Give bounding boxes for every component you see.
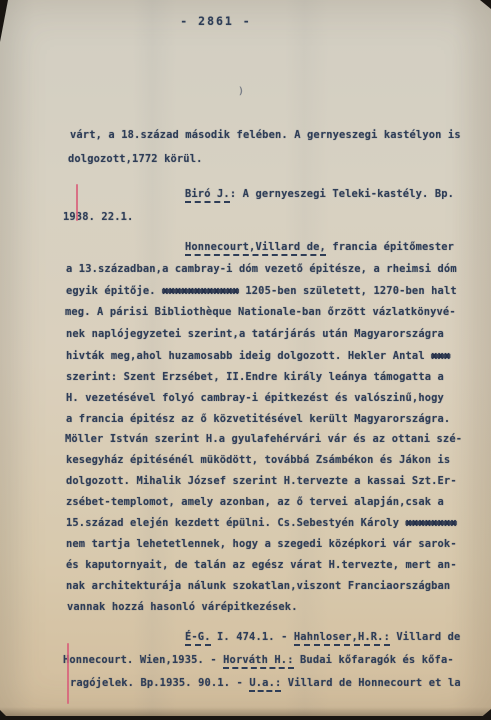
text-line: 15.század elején kezdett épülni. Cs.Sebe…: [66, 516, 457, 530]
text-line: zsébet-templomot, amely azonban, az ő te…: [66, 495, 444, 509]
text-line: kesegyház épitésénél müködött, továbbá Z…: [66, 453, 450, 467]
text-line: vannak hozzá hasonló várépitkezések.: [67, 600, 298, 614]
text-segment: 1938. 22.1.: [63, 211, 133, 223]
text-line: Möller István szerint H.a gyulafehérvári…: [65, 432, 462, 446]
text-segment: meg. A párisi Bibliothèque Nationale-ban…: [65, 306, 456, 318]
underlined-text: Biró J.: [185, 188, 230, 203]
text-line: Honnecourt,Villard de, francia épitőmest…: [185, 240, 454, 254]
text-line: egyik épitője. xxxxxxxxxxxx 1205-ben szü…: [66, 284, 457, 298]
text-line: Honnecourt. Wien,1935. - Horváth H.: Bud…: [63, 653, 454, 667]
text-line: a francia épitész az ő közvetitésével ke…: [66, 412, 450, 426]
text-segment: dolgozott. Mihalik József szerint H.terv…: [66, 475, 457, 487]
text-segment: Honnecourt. Wien,1935. -: [63, 654, 223, 666]
text-segment: : A gernyeszegi Teleki-kastély. Bp.: [230, 188, 454, 200]
underlined-text: É-G.: [185, 631, 211, 646]
text-line: és kaputornyait, de talán az egész várat…: [66, 558, 457, 572]
red-margin-mark-top: [76, 184, 78, 221]
text-line: nek naplójegyzetei szerint,a tatárjárás …: [66, 327, 444, 341]
text-segment: várt, a 18.század második felében. A ger…: [70, 129, 461, 141]
text-line: meg. A párisi Bibliothèque Nationale-ban…: [65, 305, 456, 319]
text-segment: dolgozott,1772 körül.: [68, 153, 203, 165]
photo-edge-shadow: [0, 707, 491, 716]
text-segment: Budai kőfaragók és kőfa-: [294, 654, 454, 666]
scanned-page: - 2861 - ) várt, a 18.század második fel…: [0, 0, 491, 720]
text-line: a 13.században,a cambray-i dóm vezető ép…: [66, 262, 457, 276]
text-line: szerint: Szent Erzsébet, II.Endre király…: [66, 370, 444, 384]
text-line: H. vezetésével folyó cambray-i épitkezés…: [66, 391, 444, 405]
stray-ink-mark: ): [238, 86, 244, 97]
text-segment: 1205-ben született, 1270-ben halt: [239, 285, 457, 297]
text-line: nak architekturája nálunk szokatlan,visz…: [66, 579, 450, 593]
text-line: ragójelek. Bp.1935. 90.1. - U.a.: Villar…: [70, 676, 461, 690]
text-segment: Villard de Honnecourt et la: [281, 677, 460, 689]
photo-edge-bottom: [0, 716, 491, 720]
red-margin-mark-bottom: [67, 643, 69, 704]
text-line: 1938. 22.1.: [63, 210, 133, 224]
text-line: várt, a 18.század második felében. A ger…: [70, 128, 461, 142]
text-segment: vannak hozzá hasonló várépitkezések.: [67, 601, 298, 613]
text-line: dolgozott. Mihalik József szerint H.terv…: [66, 474, 457, 488]
text-segment: nak architekturája nálunk szokatlan,visz…: [66, 580, 450, 592]
underlined-text: Hahnloser,H.R.:: [294, 631, 390, 646]
text-segment: egyik épitője.: [66, 285, 162, 297]
text-line: dolgozott,1772 körül.: [68, 152, 203, 166]
text-segment: szerint: Szent Erzsébet, II.Endre király…: [66, 371, 444, 383]
text-line: nem tartja lehetetlennek, hogy a szegedi…: [66, 537, 457, 551]
page-number: - 2861 -: [0, 14, 432, 28]
text-line: Biró J.: A gernyeszegi Teleki-kastély. B…: [185, 187, 454, 201]
struck-out-text: xxx: [431, 350, 450, 362]
text-segment: Villard de: [390, 631, 460, 643]
text-line: hivták meg,ahol huzamosabb ideig dolgozo…: [66, 349, 450, 363]
text-segment: ragójelek. Bp.1935. 90.1. -: [70, 677, 249, 689]
underlined-text: U.a.:: [249, 677, 281, 692]
text-segment: francia épitőmester: [326, 241, 454, 253]
text-segment: Möller István szerint H.a gyulafehérvári…: [65, 433, 462, 445]
text-segment: hivták meg,ahol huzamosabb ideig dolgozo…: [66, 350, 431, 362]
struck-out-text: xxxxxxxx: [406, 517, 457, 529]
text-segment: és kaputornyait, de talán az egész várat…: [66, 559, 457, 571]
photo-corner-top-right: [480, 0, 491, 9]
text-segment: 15.század elején kezdett épülni. Cs.Sebe…: [66, 517, 406, 529]
text-segment: nem tartja lehetetlennek, hogy a szegedi…: [66, 538, 457, 550]
text-segment: I. 474.1. -: [211, 631, 294, 643]
text-segment: H. vezetésével folyó cambray-i épitkezés…: [66, 392, 444, 404]
underlined-text: Horváth H.:: [223, 654, 293, 669]
text-segment: nek naplójegyzetei szerint,a tatárjárás …: [66, 328, 444, 340]
text-segment: zsébet-templomot, amely azonban, az ő te…: [66, 496, 444, 508]
text-segment: a 13.században,a cambray-i dóm vezető ép…: [66, 263, 457, 275]
text-segment: kesegyház épitésénél müködött, továbbá Z…: [66, 454, 450, 466]
text-segment: a francia épitész az ő közvetitésével ke…: [66, 413, 450, 425]
struck-out-text: xxxxxxxxxxxx: [162, 285, 239, 297]
underlined-text: Honnecourt,Villard de,: [185, 241, 326, 256]
text-line: É-G. I. 474.1. - Hahnloser,H.R.: Villard…: [185, 630, 460, 644]
